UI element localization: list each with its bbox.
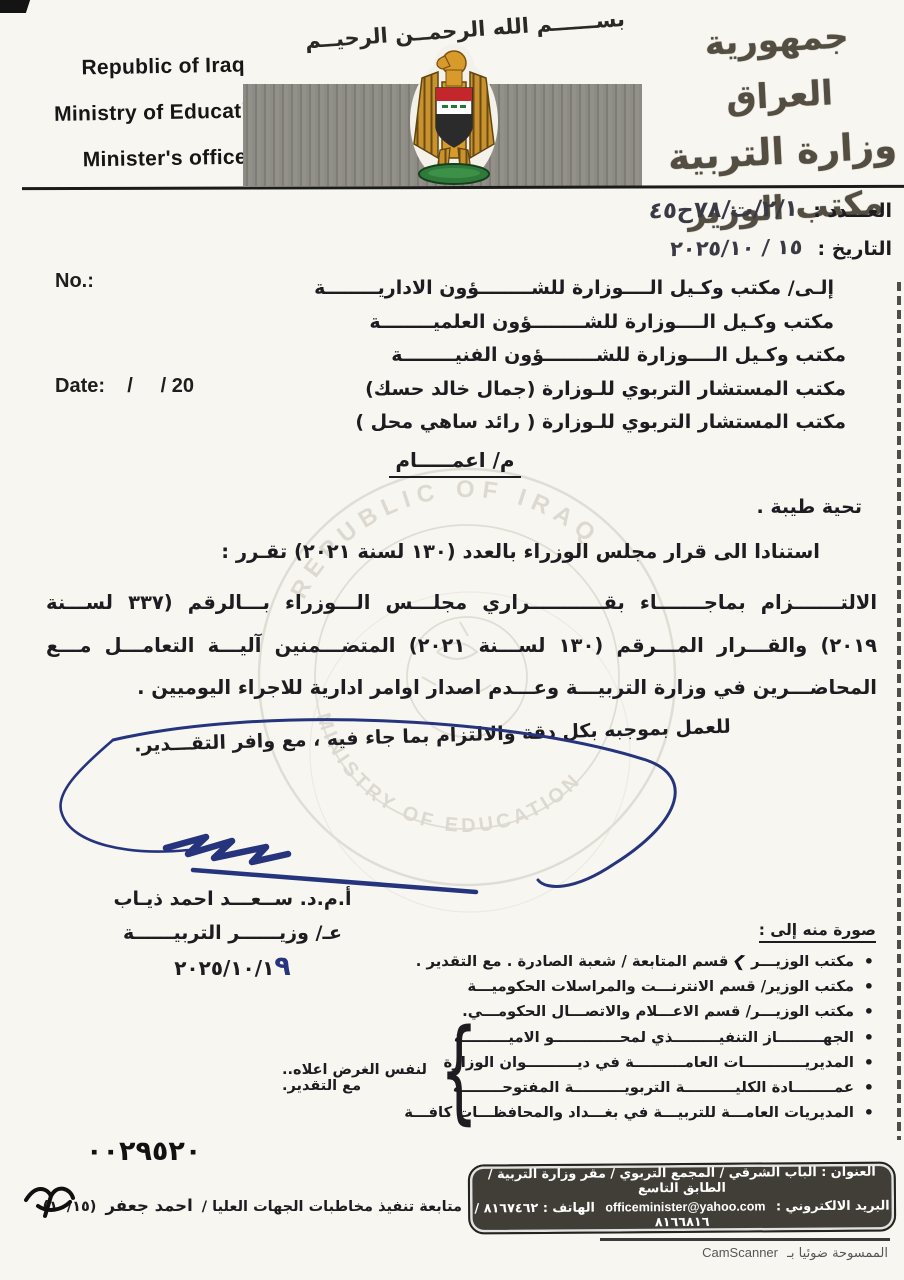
cc-item: مكتب الوزيـــر/ قسم الاعـــلام والاتصـــ… — [246, 999, 876, 1024]
signer-name: أ.م.د. ســعـــد احمد ذيـاب — [85, 882, 380, 916]
cc-item-text-tail: قسم المتابعة / شعبة الصادرة . مع التقدير… — [416, 953, 729, 970]
greeting-line: تحية طيبة . — [757, 496, 862, 518]
addressee-line: مكتب وكـيل الــــوزارة للشــــــــؤون ال… — [258, 306, 878, 340]
signature-block: أ.م.د. ســعـــد احمد ذيـاب عـ/ وزيــــــ… — [85, 882, 380, 985]
callig-republic: جمهورية العراق — [660, 6, 896, 130]
number-label-arabic: العـــدد : — [813, 200, 892, 222]
addressee-line: مكتب وكـيل الــــوزارة للشــــــــؤون ال… — [258, 339, 878, 373]
email-label: البريد الالكتروني : — [776, 1199, 890, 1215]
cc-item-text: مكتب الوزير/ قسم الانترنـــت والمراسلات … — [467, 978, 854, 995]
footer-address-box: العنوان : الباب الشرقي / المجمع التربوي … — [468, 1162, 896, 1235]
body-paragraph-2: الالتـــــــزام بماجـــــــاء بقــــــــ… — [46, 582, 877, 710]
serial-number-stamp: ٠٠٢٩٥٢٠ — [86, 1136, 201, 1167]
addressee-line: مكتب المستشار التربوي للـوزارة (جمال خال… — [258, 373, 878, 407]
iraq-coat-of-arms-icon — [398, 26, 510, 188]
cc-item-text: المديريــــــــــــات العامــــــــــة ف… — [444, 1054, 855, 1071]
number-date-arabic: العـــدد : ٤٥ح٧٨/ت/٢/١ التاريخ : ٢٠٢٥/١٠… — [522, 192, 892, 268]
dept-line-text: متابعة تنفيذ مخاطبات الجهات العليا / — [202, 1199, 462, 1215]
footer-contact-line: البريد الالكتروني : officeminister@yahoo… — [470, 1199, 894, 1232]
body-paragraph-1: استنادا الى قرار مجلس الوزراء بالعدد (١٣… — [60, 540, 874, 563]
dept-line: متابعة تنفيذ مخاطبات الجهات العليا / احم… — [48, 1196, 462, 1215]
handwritten-arrow-mark: ❯ — [730, 948, 749, 975]
camscanner-wordmark: CamScanner — [702, 1245, 778, 1260]
signer-title: عـ/ وزيــــــر التربيــــــة — [85, 916, 380, 950]
cc-item: الجهـــــــــاز التنفيـــــــــذي لمحـــ… — [246, 1025, 876, 1050]
scan-edge-artifact — [897, 282, 901, 1140]
date-row: التاريخ : ٢٠٢٥/١٠ / ١٥ — [522, 230, 892, 268]
handwritten-date: ٢٠٢٥/١٠ / ١٥ — [669, 229, 804, 267]
cc-item-text: مكتب الوزيـــر — [751, 953, 854, 970]
email-address: officeminister@yahoo.com — [605, 1199, 765, 1214]
date-label-arabic: التاريخ : — [817, 238, 892, 260]
ref-number-row: العـــدد : ٤٥ح٧٨/ت/٢/١ — [522, 192, 892, 230]
signature-date-handwritten-digit: ٩ — [274, 951, 290, 982]
signature-date-printed: ٢٠٢٥/١٠/١ — [174, 956, 274, 980]
minister-signature-scribble — [38, 698, 698, 913]
cc-item: المديريات العامـــة للتربيـــة في بغـــد… — [246, 1100, 876, 1125]
dept-officer-name: احمد جعفر — [106, 1196, 193, 1215]
date-label-english: Date: / / 20 — [55, 369, 194, 404]
cc-item-text: مكتب الوزيـــر/ قسم الاعـــلام والاتصـــ… — [462, 1003, 854, 1020]
cc-heading: صورة منه إلى : — [759, 921, 876, 943]
camscanner-divider — [600, 1238, 890, 1241]
cc-item-text: الجهـــــــــاز التنفيـــــــــذي لمحـــ… — [454, 1029, 854, 1046]
no-label: No.: — [55, 264, 194, 299]
cc-item-text: عمــــــــادة الكليــــــــــة التربويــ… — [453, 1079, 854, 1096]
addressee-line: إلـى/ مكتب وكـيل الــــوزارة للشــــــــ… — [258, 272, 878, 306]
footer-address-line: العنوان : الباب الشرقي / المجمع التربوي … — [470, 1165, 894, 1198]
subject-line: م/ اعمـــــام — [330, 448, 580, 478]
signature-date: ٢٠٢٥/١٠/١٩ — [85, 950, 380, 985]
addressee-list: إلـى/ مكتب وكـيل الــــوزارة للشــــــــ… — [258, 272, 878, 440]
scanned-letter-page: Republic of Iraq Ministry of Education M… — [0, 0, 904, 1280]
subject-text: م/ اعمـــــام — [389, 448, 520, 478]
handwritten-check-scribble — [22, 1176, 78, 1222]
number-date-english: No.: Date: / / 20 — [55, 194, 194, 474]
camscanner-credit: الممسوحة ضوئيا بـ CamScanner — [702, 1245, 888, 1261]
cc-brace-note: لنفس الغرض اعلاه.. مع التقدير. — [282, 1062, 447, 1094]
camscanner-credit-arabic: الممسوحة ضوئيا بـ — [787, 1246, 888, 1261]
scan-corner-artifact — [0, 0, 30, 13]
addressee-line: مكتب المستشار التربوي للـوزارة ( رائد سا… — [258, 406, 878, 440]
handwritten-ref-number: ٤٥ح٧٨/ت/٢/١ — [648, 191, 800, 230]
